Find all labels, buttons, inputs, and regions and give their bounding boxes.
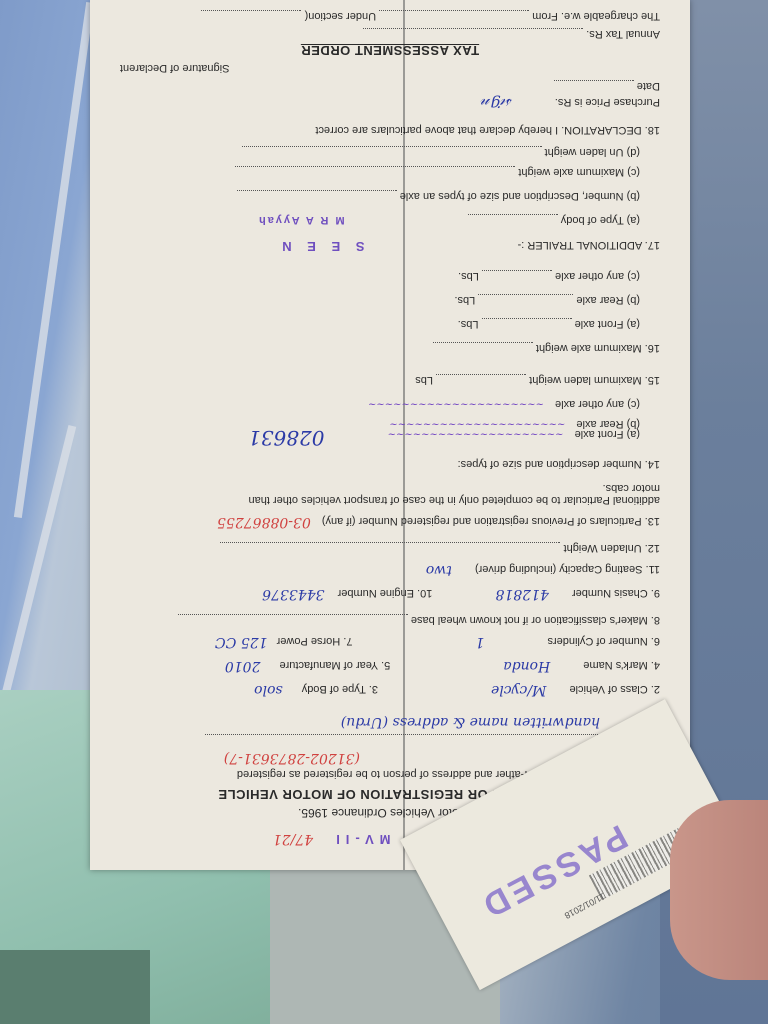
date-line — [554, 80, 634, 92]
field-number: 6. — [651, 635, 660, 647]
field-6: 6. Number of Cylinders 1 7. Horse Power … — [120, 634, 660, 650]
form-stamp: MV-II — [330, 832, 390, 847]
field-number: 2. — [651, 683, 660, 695]
field-number: 5. — [381, 659, 390, 671]
declarant-signature: 𝓈𝒾𝑔𝓃 — [481, 95, 512, 114]
field-2: 2. Class of Vehicle M/cycle 3. Type of B… — [120, 682, 660, 698]
section-15: 15. Maximum laden weight Lbs — [120, 374, 660, 386]
field-number: 7. — [343, 635, 352, 647]
field-label: 15. Maximum laden weight — [529, 374, 660, 386]
field-number: 10. — [417, 587, 432, 599]
field-9: 9. Chasis Number 412818 10. Engine Numbe… — [120, 586, 660, 602]
field-line — [221, 542, 561, 554]
field-12: 12. Unladen Weight — [120, 542, 660, 554]
section-16a: (a) Front axle Lbs. — [120, 318, 640, 330]
seating-value: two — [426, 562, 452, 578]
transport-note: additional Particular to be completed on… — [240, 482, 660, 506]
form-ref-handwritten: 47/21 — [273, 831, 313, 847]
section-17: 17. ADDITIONAL TRAILER :- S E E N — [120, 239, 660, 254]
field-label: Number of Cylinders — [547, 635, 647, 647]
previous-registration-value: 03-08867255 — [217, 514, 311, 530]
field-line — [363, 28, 583, 40]
purchase-price-label: Purchase Price is Rs. — [555, 96, 660, 108]
chassis-value: 412818 — [495, 586, 548, 602]
field-label: Seating Capacity (including driver) — [475, 563, 643, 575]
date-row: Date — [120, 80, 660, 92]
field-4: 4. Mark's Name Honda 5. Year of Manufact… — [120, 658, 660, 674]
field-line — [468, 214, 558, 226]
section-17d: (d) Un laden weight — [120, 146, 640, 158]
field-label: (b) Number, Description and size of type… — [400, 190, 640, 202]
urdu-handwriting: ~~~~~~~~~~~~~~~~~~~~~ — [368, 398, 544, 409]
section-17a: (a) Type of body M R A Ayyah — [120, 214, 640, 226]
field-label: Maker's classification or if not known w… — [411, 614, 648, 626]
field-number: 8. — [651, 614, 660, 626]
field-label: Chasis Number — [572, 587, 648, 599]
field-label: 16. Maximum axle weight — [536, 342, 660, 354]
field-line — [178, 614, 408, 626]
cnic-handwritten: (31202-2873631-7) — [224, 750, 360, 766]
section-16b: (b) Rear axle Lbs. — [120, 294, 640, 306]
field-number: 9. — [651, 587, 660, 599]
section-16: 16. Maximum axle weight — [120, 342, 660, 354]
field-label: Horse Power — [277, 635, 341, 647]
year-value: 2010 — [225, 658, 261, 674]
field-label: (c) any other axle — [555, 270, 640, 282]
field-line — [242, 146, 542, 158]
engine-value: 3443376 — [262, 586, 324, 602]
mark-value: Honda — [503, 658, 550, 674]
field-label: (a) Type of body — [561, 214, 640, 226]
date-label: Date — [637, 80, 660, 92]
field-line — [237, 190, 397, 202]
section-14b: (b) Rear axle ~~~~~~~~~~~~~~~~~~~~~ — [120, 418, 640, 430]
field-label: (b) Rear axle — [576, 294, 640, 306]
field-line — [482, 270, 552, 282]
field-8: 8. Maker's classification or if not know… — [120, 614, 660, 626]
section-17c: (c) Maximum axle weight — [120, 166, 640, 178]
field-11: 11. Seating Capacity (including driver) … — [120, 562, 660, 578]
urdu-handwriting: ~~~~~~~~~~~~~~~~~~~~~ — [389, 418, 565, 429]
field-line — [235, 166, 515, 178]
field-label: Particulars of Previous registration and… — [322, 515, 642, 527]
field-line — [478, 294, 573, 306]
annual-tax-row: Annual Tax Rs. — [120, 28, 660, 40]
section-17b: (b) Number, Description and size of type… — [120, 190, 640, 202]
hand-holding-slip — [670, 800, 768, 980]
section-16c: (c) any other axle Lbs. — [120, 270, 640, 282]
unit-label: Lbs. — [458, 270, 479, 282]
unit-label: Lbs. — [458, 318, 479, 330]
field-label: (d) Un laden weight — [545, 146, 640, 158]
signature-label: Signature of Declarent — [120, 62, 660, 74]
slip-date: 11/01/2018 — [563, 891, 607, 921]
stamp-name: M R A Ayyah — [257, 214, 345, 226]
field-13: 13. Particulars of Previous registration… — [120, 514, 660, 530]
tax-order-heading: TAX ASSESSMENT ORDER — [120, 43, 660, 58]
chargeable-row: The chargeable w.e. From Under section( — [120, 10, 660, 22]
field-label: Year of Manufacture — [280, 659, 379, 671]
section-14: 14. Number description and size of types… — [120, 458, 660, 470]
field-label: Type of Body — [302, 683, 366, 695]
field-label: Unladen Weight — [564, 542, 642, 554]
horsepower-value: 125 CC — [215, 634, 268, 650]
field-label: Mark's Name — [583, 659, 647, 671]
body-value: solo — [254, 682, 283, 698]
field-label: 17. ADDITIONAL TRAILER :- — [518, 239, 660, 251]
owner-handwritten: handwritten name & address (Urdu) — [120, 714, 600, 730]
shadow-patch — [0, 950, 150, 1024]
field-line — [436, 374, 526, 386]
field-label: (a) Front axle — [575, 318, 640, 330]
field-line — [433, 342, 533, 354]
class-value: M/cycle — [491, 682, 546, 698]
field-number: 4. — [651, 659, 660, 671]
section-14c: (c) any other axle ~~~~~~~~~~~~~~~~~~~~~ — [120, 398, 640, 410]
field-label: Engine Number — [338, 587, 414, 599]
annual-tax-label: Annual Tax Rs. — [586, 28, 660, 40]
field-label: (c) Maximum axle weight — [518, 166, 640, 178]
field-label: (b) Rear axle — [576, 418, 640, 430]
unit-label: Lbs. — [455, 294, 476, 306]
field-number: 11. — [646, 563, 660, 575]
declaration: 18. DECLARATION. I hereby declare that a… — [120, 124, 660, 136]
field-line — [379, 10, 529, 22]
field-line — [482, 318, 572, 330]
field-line — [201, 10, 301, 22]
field-number: 3. — [369, 683, 378, 695]
chargeable-label: The chargeable w.e. From — [532, 10, 660, 22]
cylinders-value: 1 — [476, 634, 485, 650]
field-number: 12. — [645, 542, 660, 554]
owner-line — [205, 734, 625, 746]
field-label: (c) any other axle — [555, 398, 640, 410]
unit-label: Lbs — [415, 374, 433, 386]
field-label: Class of Vehicle — [569, 683, 647, 695]
seen-stamp: S E E N — [276, 239, 364, 254]
field-number: 13. — [645, 515, 660, 527]
purchase-price: Purchase Price is Rs. 𝓈𝒾𝑔𝓃 — [120, 94, 660, 114]
under-section-label: Under section( — [305, 10, 377, 22]
